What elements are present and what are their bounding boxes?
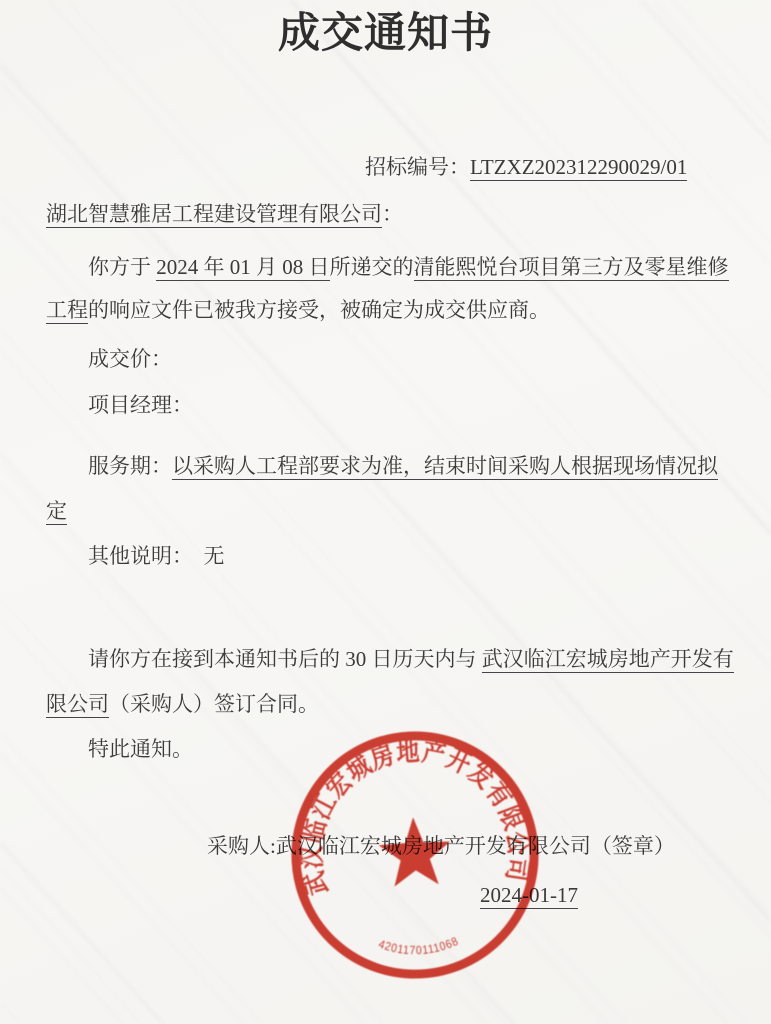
underlined-text-run: 湖北智慧雅居工程建设管理有限公司 <box>46 202 382 228</box>
text-run: ： <box>382 202 403 226</box>
document-page: 成交通知书 招标编号：LTZXZ202312290029/01 湖北智慧雅居工程… <box>0 0 771 1024</box>
contract-signing-paragraph: 请你方在接到本通知书后的 30 日历天内与 武汉临江宏城房地产开发有限公司（采购… <box>46 637 738 727</box>
text-run: 的响应文件已被我方接受，被确定为成交供应商。 <box>88 298 550 322</box>
text-run: 特此通知。 <box>88 737 193 761</box>
underlined-text-run: LTZXZ202312290029/01 <box>470 155 687 181</box>
service-period-paragraph: 服务期：以采购人工程部要求为准，结束时间采购人根据现场情况拟定 <box>46 444 738 534</box>
text-run: 项目经理： <box>88 393 193 417</box>
acceptance-paragraph: 你方于 2024 年 01 月 08 日所递交的清能熙悦台项目第三方及零星维修工… <box>46 246 738 332</box>
bid-number-line: 招标编号：LTZXZ202312290029/01 <box>365 152 687 182</box>
seal-number-arc-text: 4201170111068 <box>376 933 461 960</box>
text-run: （采购人）签订合同。 <box>109 692 319 716</box>
hereby-notice-line: 特此通知。 <box>46 734 193 764</box>
deal-price-line: 成交价： <box>46 344 172 374</box>
text-run: 你方于 <box>88 255 156 279</box>
date-line: 2024-01-17 <box>480 880 578 910</box>
recipient-line: 湖北智慧雅居工程建设管理有限公司： <box>46 199 403 229</box>
text-run: 招标编号： <box>365 155 470 179</box>
text-run: 其他说明： 无 <box>88 544 225 568</box>
document-title: 成交通知书 <box>0 0 771 60</box>
text-run: 所递交的 <box>330 255 414 279</box>
text-run: 成交价： <box>88 347 172 371</box>
text-run: 服务期： <box>88 454 172 478</box>
purchaser-signature-line: 采购人:武汉临江宏城房地产开发有限公司（签章） <box>207 831 675 861</box>
project-manager-line: 项目经理： <box>46 390 193 420</box>
other-notes-line: 其他说明： 无 <box>46 541 225 571</box>
underlined-text-run: 2024-01-17 <box>480 883 578 909</box>
text-run: 请你方在接到本通知书后的 30 日历天内与 <box>88 647 482 671</box>
text-run: 采购人:武汉临江宏城房地产开发有限公司（签章） <box>207 834 675 858</box>
seal-company-arc-text: 武汉临江宏城房地产开发有限公司 <box>290 730 535 899</box>
underlined-text-run: 2024 年 01 月 08 日 <box>156 255 329 281</box>
